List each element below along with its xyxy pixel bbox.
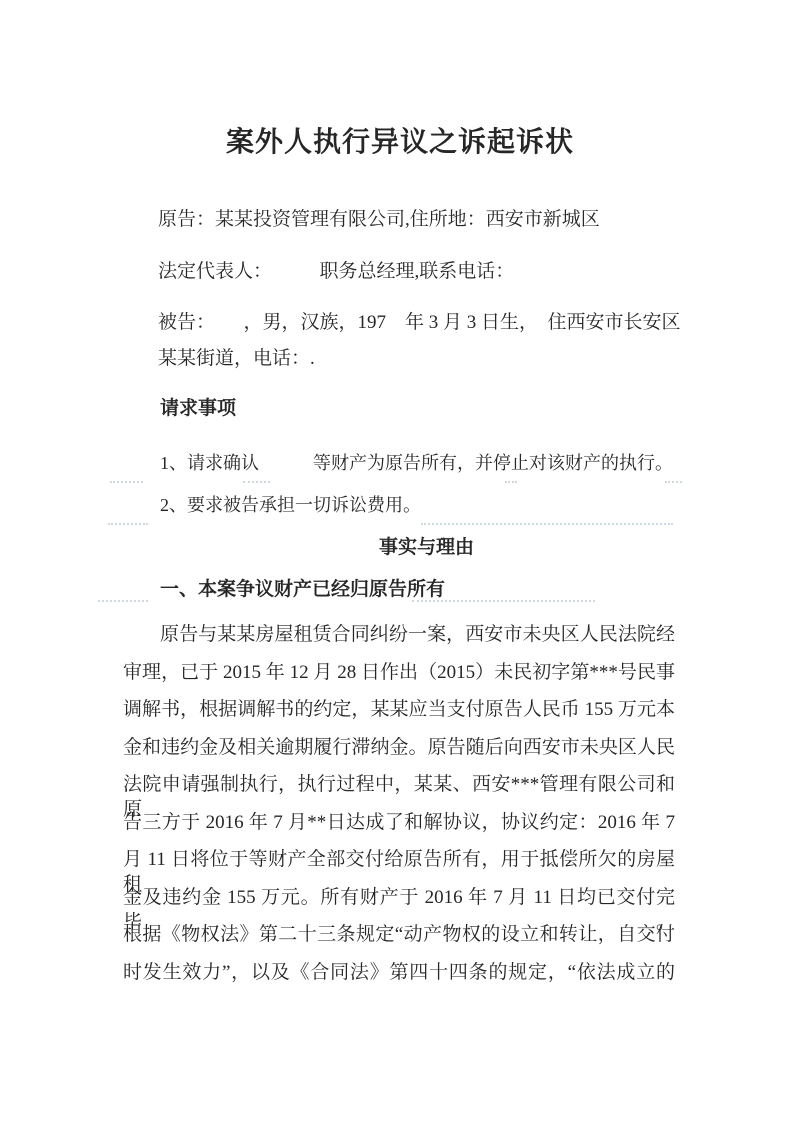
body-line: 根据《物权法》第二十三条规定“动产物权的设立和转让，自交付 xyxy=(123,922,675,947)
claim-item-1: 1、请求确认 等财产为原告所有，并停止对该财产的执行。 xyxy=(160,451,673,475)
party-line-representative: 法定代表人： 职务总经理,联系电话： xyxy=(158,259,514,284)
claim-item-2: 2、要求被告承担一切诉讼费用。 xyxy=(160,493,421,517)
dotted-underline-artifact xyxy=(421,523,673,525)
party-line-defendant-cont: 某某街道，电话：. xyxy=(158,346,315,371)
section-heading: 一、本案争议财产已经归原告所有 xyxy=(160,577,445,602)
body-line: 金和违约金及相关逾期履行滞纳金。原告随后向西安市未央区人民 xyxy=(123,735,675,760)
dotted-underline-artifact xyxy=(505,481,517,483)
dotted-underline-artifact xyxy=(98,600,148,602)
dotted-underline-artifact xyxy=(243,481,270,483)
body-line: 时发生效力”，以及《合同法》第四十四条的规定，“依法成立的 xyxy=(123,960,675,985)
party-line-defendant: 被告： ，男，汉族，197 年 3 月 3 日生， 住西安市长安区 xyxy=(158,310,681,335)
dotted-underline-artifact xyxy=(412,600,595,602)
party-line-plaintiff: 原告：某某投资管理有限公司,住所地：西安市新城区 xyxy=(158,207,600,232)
dotted-underline-artifact xyxy=(665,481,682,483)
document-page: 案外人执行异议之诉起诉状 原告：某某投资管理有限公司,住所地：西安市新城区 法定… xyxy=(0,0,800,1132)
body-line: 审理，已于 2015 年 12 月 28 日作出（2015）未民初字第***号民… xyxy=(123,660,675,685)
body-line: 原告与某某房屋租赁合同纠纷一案，西安市未央区人民法院经 xyxy=(123,622,675,647)
body-line: 调解书，根据调解书的约定，某某应当支付原告人民币 155 万元本 xyxy=(123,697,675,722)
dotted-underline-artifact xyxy=(108,523,148,525)
claims-heading: 请求事项 xyxy=(160,396,236,421)
facts-heading: 事实与理由 xyxy=(379,535,474,560)
body-line: 告三方于 2016 年 7 月**日达成了和解协议，协议约定：2016 年 7 xyxy=(123,810,675,835)
dotted-underline-artifact xyxy=(110,481,143,483)
document-title: 案外人执行异议之诉起诉状 xyxy=(0,126,800,160)
